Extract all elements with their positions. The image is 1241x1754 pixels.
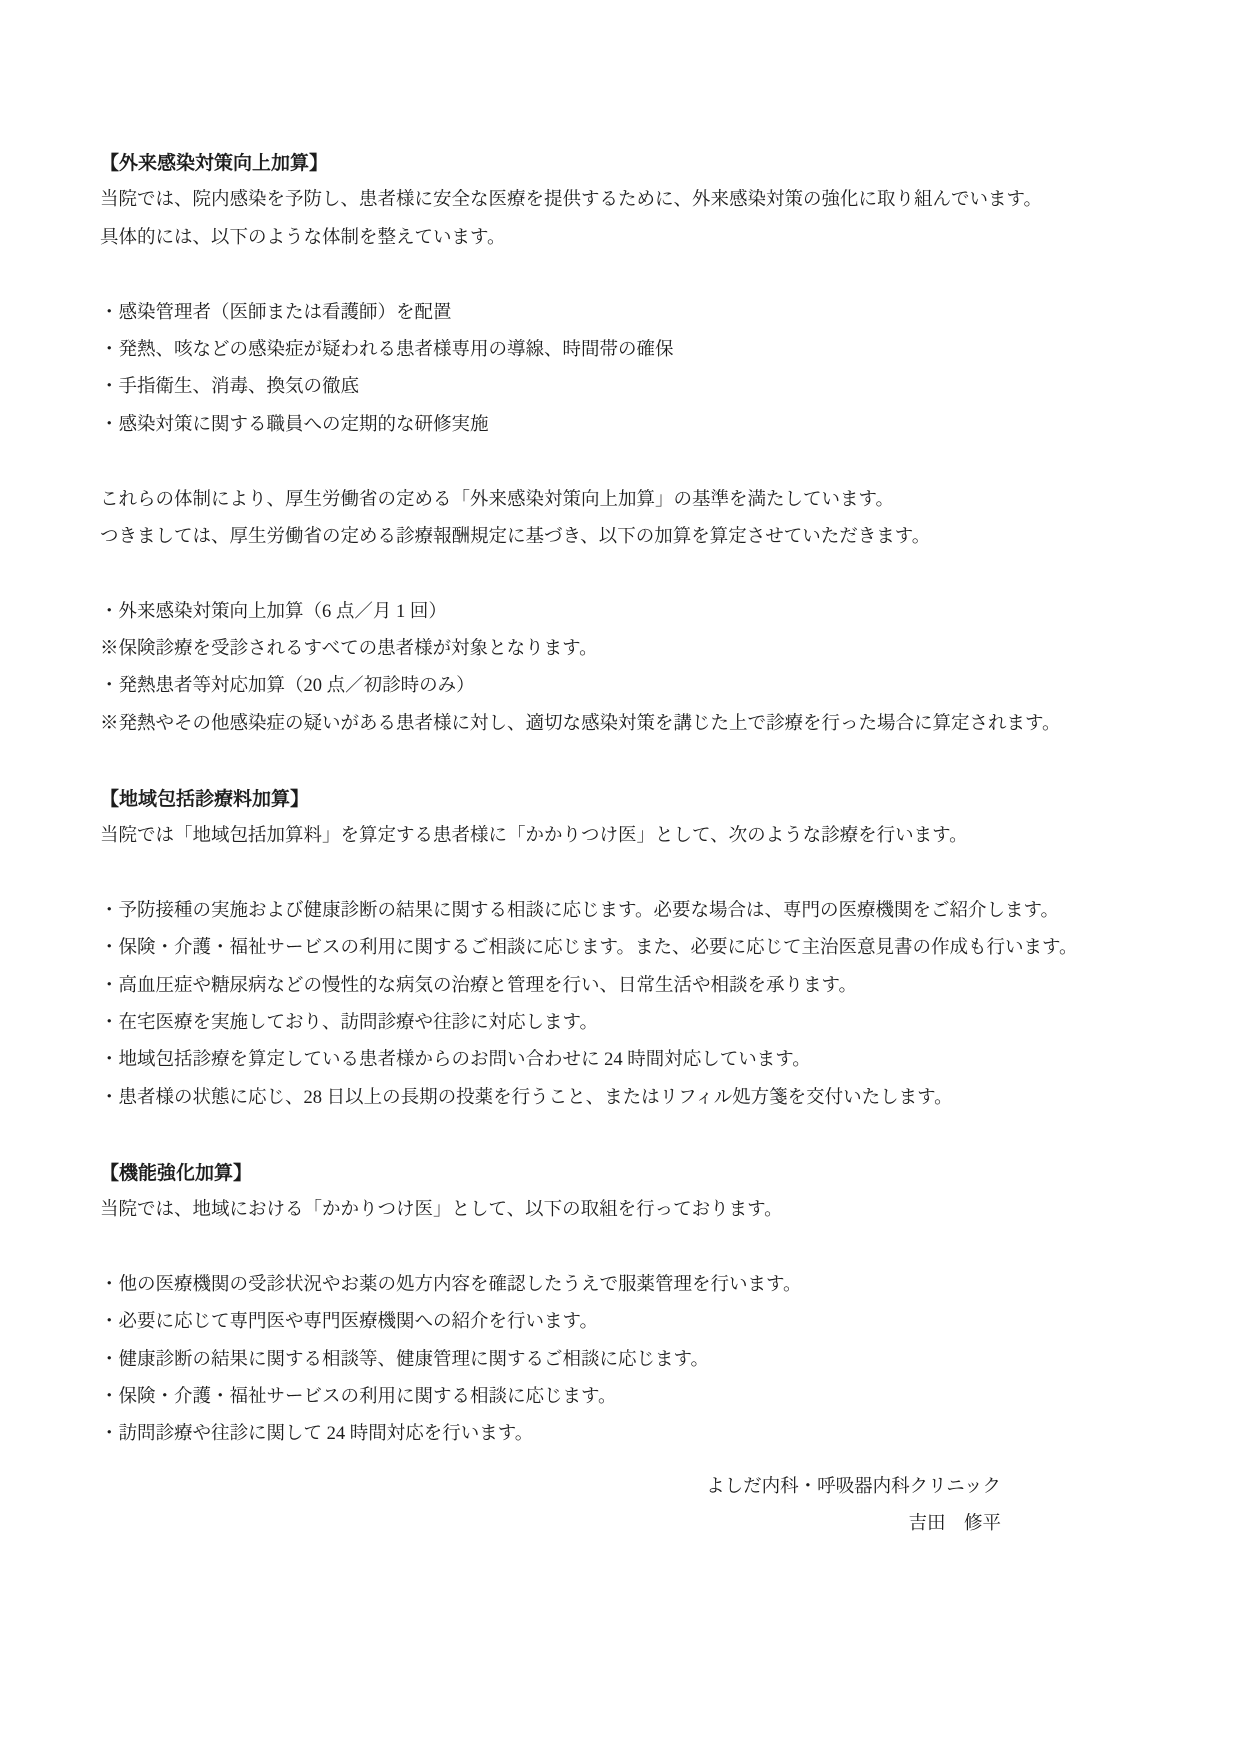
bullet-item: ・健康診断の結果に関する相談等、健康管理に関するご相談に応じます。 [100,1342,1141,1379]
blank-line [100,743,1141,780]
section-heading: 【地域包括診療料加算】 [100,781,1141,818]
signature-line: 吉田 修平 [100,1506,1141,1543]
bullet-item: ・発熱、咳などの感染症が疑われる患者様専用の導線、時間帯の確保 [100,332,1141,369]
signature-line: よしだ内科・呼吸器内科クリニック [100,1469,1141,1506]
bullet-item: ・外来感染対策向上加算（6 点／月 1 回） [100,594,1141,631]
document-page: 【外来感染対策向上加算】当院では、院内感染を予防し、患者様に安全な医療を提供する… [0,0,1241,1754]
blank-line [100,257,1141,294]
bullet-item: ・在宅医療を実施しており、訪問診療や往診に対応します。 [100,1005,1141,1042]
blank-line [100,855,1141,892]
bullet-item: ・他の医療機関の受診状況やお薬の処方内容を確認したうえで服薬管理を行います。 [100,1267,1141,1304]
spacer-line [100,1454,1141,1469]
bullet-item: ・手指衛生、消毒、換気の徹底 [100,369,1141,406]
bullet-item: ・保険・介護・福祉サービスの利用に関する相談に応じます。 [100,1379,1141,1416]
bullet-item: ・必要に応じて専門医や専門医療機関への紹介を行います。 [100,1304,1141,1341]
paragraph-line: 具体的には、以下のような体制を整えています。 [100,220,1141,257]
paragraph-line: つきましては、厚生労働省の定める診療報酬規定に基づき、以下の加算を算定させていた… [100,519,1141,556]
section-heading: 【外来感染対策向上加算】 [100,145,1141,182]
note-line: ※保険診療を受診されるすべての患者様が対象となります。 [100,631,1141,668]
paragraph-line: 当院では「地域包括加算料」を算定する患者様に「かかりつけ医」として、次のような診… [100,818,1141,855]
bullet-item: ・発熱患者等対応加算（20 点／初診時のみ） [100,668,1141,705]
document-content: 【外来感染対策向上加算】当院では、院内感染を予防し、患者様に安全な医療を提供する… [100,145,1141,1543]
blank-line [100,1117,1141,1154]
paragraph-line: 当院では、院内感染を予防し、患者様に安全な医療を提供するために、外来感染対策の強… [100,182,1141,219]
bullet-item: ・患者様の状態に応じ、28 日以上の長期の投薬を行うこと、またはリフィル処方箋を… [100,1080,1141,1117]
blank-line [100,444,1141,481]
bullet-item: ・訪問診療や往診に関して 24 時間対応を行います。 [100,1416,1141,1453]
paragraph-line: これらの体制により、厚生労働省の定める「外来感染対策向上加算」の基準を満たしてい… [100,482,1141,519]
bullet-item: ・高血圧症や糖尿病などの慢性的な病気の治療と管理を行い、日常生活や相談を承ります… [100,968,1141,1005]
bullet-item: ・感染管理者（医師または看護師）を配置 [100,295,1141,332]
bullet-item: ・保険・介護・福祉サービスの利用に関するご相談に応じます。また、必要に応じて主治… [100,930,1141,967]
section-heading: 【機能強化加算】 [100,1155,1141,1192]
bullet-item: ・地域包括診療を算定している患者様からのお問い合わせに 24 時間対応しています… [100,1042,1141,1079]
paragraph-line: 当院では、地域における「かかりつけ医」として、以下の取組を行っております。 [100,1192,1141,1229]
note-line: ※発熱やその他感染症の疑いがある患者様に対し、適切な感染対策を講じた上で診療を行… [100,706,1141,743]
bullet-item: ・感染対策に関する職員への定期的な研修実施 [100,407,1141,444]
blank-line [100,556,1141,593]
blank-line [100,1229,1141,1266]
bullet-item: ・予防接種の実施および健康診断の結果に関する相談に応じます。必要な場合は、専門の… [100,893,1141,930]
